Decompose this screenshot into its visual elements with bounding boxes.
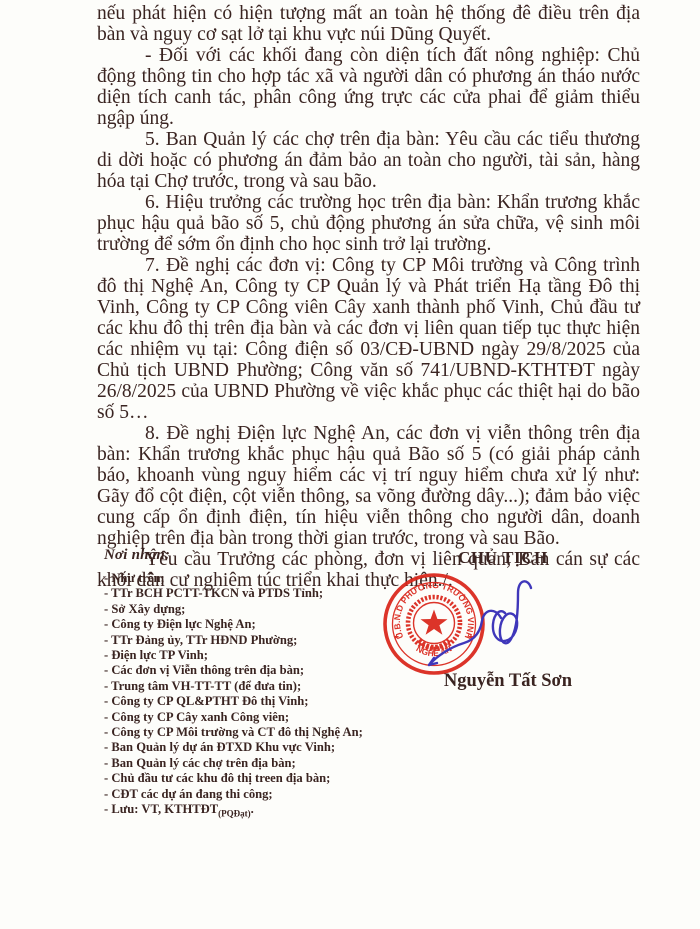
recipient-item: - Lưu: VT, KTHTĐT(PQĐạt). — [104, 802, 404, 822]
recipient-item: - Ban Quản lý các chợ trên địa bàn; — [104, 756, 404, 771]
recipient-item: - Các đơn vị Viễn thông trên địa bàn; — [104, 663, 404, 678]
recipient-item: - Chủ đầu tư các khu đô thị treen địa bà… — [104, 771, 404, 786]
chairman-title: CHỦ TỊCH — [423, 548, 583, 568]
recipients-list: - Như trên;- TTr BCH PCTT-TKCN và PTDS T… — [104, 571, 404, 822]
recipient-item: - CĐT các dự án đang thi công; — [104, 787, 404, 802]
recipient-item: - Sở Xây dựng; — [104, 602, 404, 617]
signature-ink — [415, 577, 545, 677]
recipient-item: - Công ty Điện lực Nghệ An; — [104, 617, 404, 632]
noi-nhan-heading: Nơi nhận: — [104, 547, 404, 564]
paragraph: 6. Hiệu trưởng các trường học trên địa b… — [97, 192, 640, 255]
paragraph: 5. Ban Quản lý các chợ trên địa bàn: Yêu… — [97, 129, 640, 192]
document-body: nếu phát hiện có hiện tượng mất an toàn … — [97, 3, 640, 591]
recipient-item: - TTr Đảng ủy, TTr HĐND Phường; — [104, 633, 404, 648]
paragraph: nếu phát hiện có hiện tượng mất an toàn … — [97, 3, 640, 45]
paragraph: 8. Đề nghị Điện lực Nghệ An, các đơn vị … — [97, 423, 640, 549]
signer-name: Nguyễn Tất Sơn — [428, 671, 588, 692]
document-page: nếu phát hiện có hiện tượng mất an toàn … — [0, 0, 700, 929]
recipient-item: - Ban Quản lý dự án ĐTXD Khu vực Vinh; — [104, 740, 404, 755]
recipient-item: - Công ty CP Môi trường và CT đô thị Ngh… — [104, 725, 404, 740]
recipient-item: - Trung tâm VH-TT-TT (để đưa tin); — [104, 679, 404, 694]
recipient-item: - Công ty CP Cây xanh Công viên; — [104, 710, 404, 725]
paragraph: 7. Đề nghị các đơn vị: Công ty CP Môi tr… — [97, 255, 640, 423]
paragraph: - Đối với các khối đang còn diện tích đấ… — [97, 45, 640, 129]
recipients-block: Nơi nhận: - Như trên;- TTr BCH PCTT-TKCN… — [104, 547, 404, 822]
recipient-item: - Như trên; — [104, 571, 404, 586]
recipient-item: - Công ty CP QL&PTHT Đô thị Vinh; — [104, 694, 404, 709]
recipient-item: - TTr BCH PCTT-TKCN và PTDS Tỉnh; — [104, 586, 404, 601]
recipient-item: - Điện lực TP Vinh; — [104, 648, 404, 663]
